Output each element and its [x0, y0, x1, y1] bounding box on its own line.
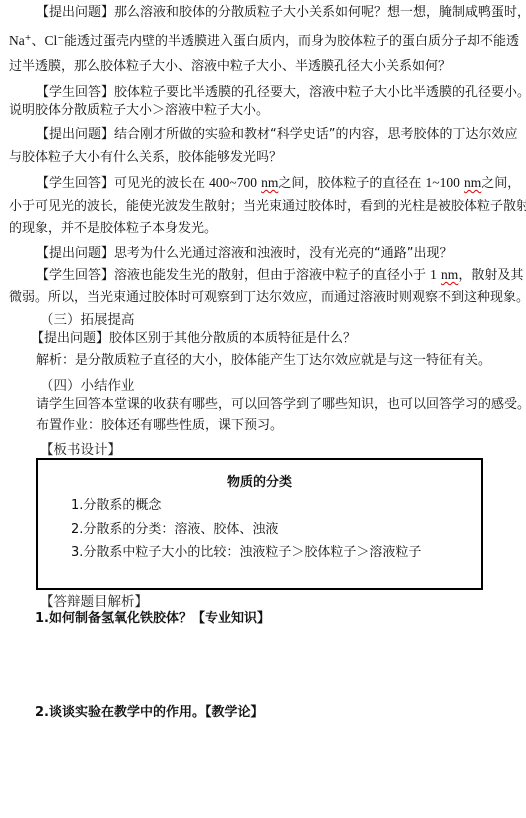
board-design-box: 物质的分类 1.分散系的概念 2.分散系的分类：溶液、胶体、浊液 3.分散系中粒…: [36, 458, 483, 590]
p6-line1: 【学生回答】溶液也能发生光的散射，但由于溶液中粒子的直径小于 1 nm，散射及其: [36, 267, 523, 284]
section3-question: 【提出问题】胶体区别于其他分散质的本质特征是什么？: [31, 331, 356, 347]
p6-line2: 微弱。所以，当光束通过胶体时可观察到丁达尔效应，而通过溶液时则观察不到这种现象。: [9, 290, 526, 306]
defense-question-1: 1.如何制备氢氧化铁胶体？【专业知识】: [35, 611, 270, 627]
p4-line2: 小于可见光的波长，能使光波发生散射；当光束通过胶体时，看到的光柱是被胶体粒子散射: [9, 199, 526, 215]
board-label: 【板书设计】: [40, 438, 121, 458]
section3-heading: （三）拓展提高: [40, 308, 135, 328]
defense-question-2: 2.谈谈实验在教学中的作用。【教学论】: [35, 705, 263, 721]
section4-line1: 请学生回答本堂课的收获有哪些，可以回答学到了哪些知识，也可以回答学习的感受。: [36, 397, 526, 413]
tag-question: 【提出问题】: [36, 5, 114, 20]
p4-line1: 【学生回答】可见光的波长在 400~700 nm之间，胶体粒子的直径在 1~10…: [36, 175, 520, 192]
p1-line2: Na+、Cl−能透过蛋壳内壁的半透膜进入蛋白质内，而身为胶体粒子的蛋白质分子却不…: [9, 33, 519, 50]
p4-line3: 的现象，并不是胶体粒子本身发光。: [9, 221, 217, 237]
board-item: 3.分散系中粒子大小的比较：浊液粒子＞胶体粒子＞溶液粒子: [71, 541, 421, 560]
tag-question: 【提出问题】: [36, 246, 114, 261]
tag-answer: 【学生回答】: [36, 176, 114, 191]
tag-answer: 【学生回答】: [36, 85, 114, 100]
p1-line1: 【提出问题】那么溶液和胶体的分散质粒子大小关系如何呢？想一想，腌制咸鸭蛋时，: [36, 5, 526, 21]
p1-line3: 过半透膜，那么胶体粒子大小、溶液中粒子大小、半透膜孔径大小关系如何？: [9, 59, 451, 75]
defense-label: 【答辩题目解析】: [40, 590, 148, 610]
p3-line2: 与胶体粒子大小有什么关系，胶体能够发光吗？: [9, 150, 282, 166]
board-item: 2.分散系的分类：溶液、胶体、浊液: [71, 518, 278, 537]
p2-line2: 说明胶体分散质粒子大小＞溶液中粒子大小。: [9, 103, 269, 119]
board-title: 物质的分类: [38, 471, 481, 490]
tag-question: 【提出问题】: [36, 127, 114, 142]
p5-line1: 【提出问题】思考为什么光通过溶液和浊液时，没有光亮的“通路”出现？: [36, 246, 453, 262]
p3-line1: 【提出问题】结合刚才所做的实验和教材“科学史话”的内容，思考胶体的丁达尔效应: [36, 127, 518, 143]
section3-analysis: 解析：是分散质粒子直径的大小，胶体能产生丁达尔效应就是与这一特征有关。: [36, 353, 491, 369]
tag-answer: 【学生回答】: [36, 268, 114, 283]
p2-line1: 【学生回答】胶体粒子要比半透膜的孔径要大，溶液中粒子大小比半透膜的孔径要小。: [36, 85, 526, 101]
board-item: 1.分散系的概念: [71, 494, 161, 513]
section4-heading: （四）小结作业: [40, 374, 135, 394]
section4-homework: 布置作业：胶体还有哪些性质，课下预习。: [36, 418, 283, 434]
